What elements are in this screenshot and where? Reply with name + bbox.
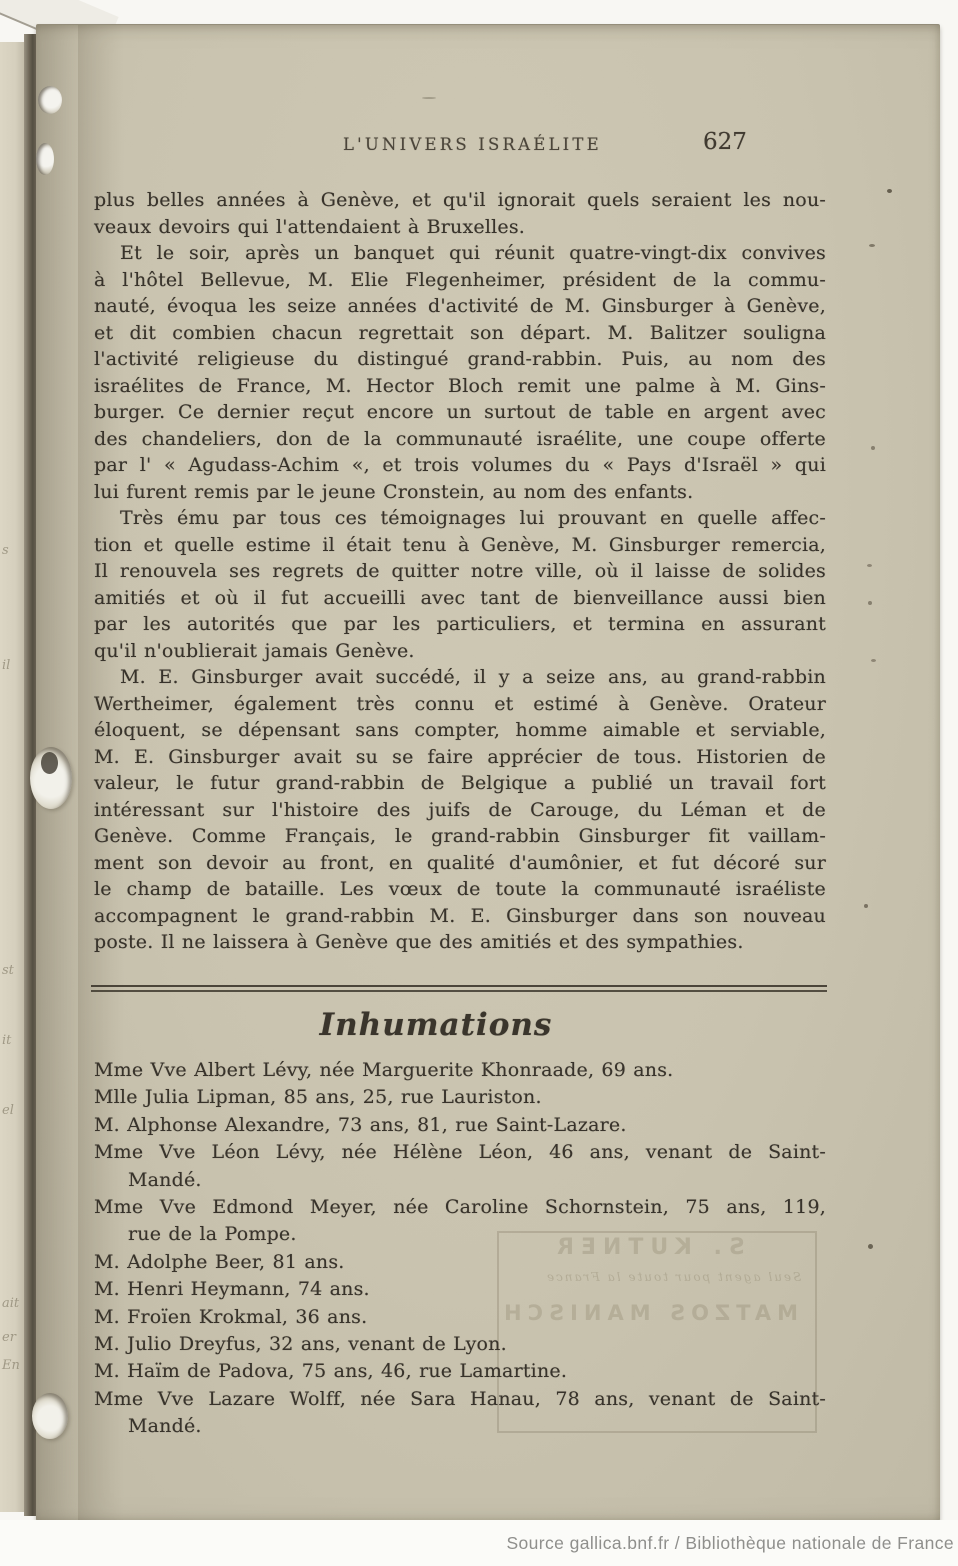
section-divider (91, 985, 827, 992)
edge-fragment: st (2, 963, 14, 978)
text-line: par les autorités que par les particulie… (94, 611, 826, 638)
inhumations-list: Mme Vve Albert Lévy, née Marguerite Khon… (94, 1057, 826, 1441)
list-item: M. Haïm de Padova, 75 ans, 46, rue Lamar… (94, 1358, 826, 1385)
edge-fragment: il (2, 658, 10, 673)
ink-speck (868, 601, 872, 605)
ink-speck (869, 244, 875, 247)
edge-fragment: it (2, 1033, 11, 1048)
text-line: Wertheimer, également très connu et esti… (94, 691, 826, 718)
list-item: Mme Vve Albert Lévy, née Marguerite Khon… (94, 1057, 826, 1084)
text-line: M. Haïm de Padova, 75 ans, 46, rue Lamar… (94, 1358, 826, 1385)
paragraph: Et le soir, après un banquet qui réunit … (94, 240, 826, 505)
text-line: valeur, le futur grand-rabbin de Belgiqu… (94, 770, 826, 797)
list-item: M. Julio Dreyfus, 32 ans, venant de Lyon… (94, 1331, 826, 1358)
edge-fragment: el (2, 1103, 14, 1118)
text-line: des chandeliers, don de la communauté is… (94, 426, 826, 453)
list-item: Mme Vve Edmond Meyer, née Caroline Schor… (94, 1194, 826, 1249)
ink-speck (868, 1244, 873, 1249)
text-line: plus belles années à Genève, et qu'il ig… (94, 187, 826, 214)
ink-speck (864, 904, 868, 908)
text-line: M. Froïen Krokmal, 36 ans. (94, 1304, 826, 1331)
list-item: Mlle Julia Lipman, 85 ans, 25, rue Lauri… (94, 1084, 826, 1111)
text-line: qu'il n'oublierait jamais Genève. (94, 638, 826, 665)
text-line: M. E. Ginsburger avait succédé, il y a s… (94, 664, 826, 691)
paper-tear (30, 747, 72, 809)
paper-tear (32, 1393, 68, 1439)
text-line: l'activité religieuse du distingué grand… (94, 346, 826, 373)
list-item: M. Froïen Krokmal, 36 ans. (94, 1304, 826, 1331)
text-line: lui furent remis par le jeune Cronstein,… (94, 479, 826, 506)
text-line: Mme Vve Lazare Wolff, née Sara Hanau, 78… (94, 1386, 826, 1413)
footer-credit: Source gallica.bnf.fr / Bibliothèque nat… (506, 1533, 954, 1554)
article-body: plus belles années à Genève, et qu'il ig… (94, 187, 826, 956)
text-line: nauté, évoqua les seize années d'activit… (94, 293, 826, 320)
scanned-page: S. KUTNER Seul agent pour toute la Franc… (36, 24, 940, 1521)
list-item: Mme Vve Léon Lévy, née Hélène Léon, 46 a… (94, 1139, 826, 1194)
text-line: M. E. Ginsburger avait su se faire appré… (94, 744, 826, 771)
text-line: Mlle Julia Lipman, 85 ans, 25, rue Lauri… (94, 1084, 826, 1111)
tear-shadow (41, 752, 58, 774)
text-line: israélites de France, M. Hector Bloch re… (94, 373, 826, 400)
ink-speck (871, 446, 875, 450)
page-number: 627 (703, 129, 747, 155)
paragraph: M. E. Ginsburger avait succédé, il y a s… (94, 664, 826, 956)
running-head: L'UNIVERS ISRAÉLITE 627 (94, 129, 826, 163)
list-item: Mme Vve Lazare Wolff, née Sara Hanau, 78… (94, 1386, 826, 1441)
text-line: M. Henri Heymann, 74 ans. (94, 1276, 826, 1303)
text-line: Très ému par tous ces témoignages lui pr… (94, 505, 826, 532)
text-line: rue de la Pompe. (94, 1221, 826, 1248)
edge-fragment: s (2, 543, 9, 558)
text-line: par l' « Agudass-Achim «, et trois volum… (94, 452, 826, 479)
text-line: Mandé. (94, 1413, 826, 1440)
text-line: amitiés et où il fut accueilli avec tant… (94, 585, 826, 612)
text-line: Mme Vve Edmond Meyer, née Caroline Schor… (94, 1194, 826, 1221)
text-line: Et le soir, après un banquet qui réunit … (94, 240, 826, 267)
journal-title: L'UNIVERS ISRAÉLITE (343, 135, 602, 154)
text-line: M. Alphonse Alexandre, 73 ans, 81, rue S… (94, 1112, 826, 1139)
gallica-footer: Source gallica.bnf.fr / Bibliothèque nat… (0, 1520, 958, 1566)
list-item: M. Adolphe Beer, 81 ans. (94, 1249, 826, 1276)
text-line: Il renouvela ses regrets de quitter notr… (94, 558, 826, 585)
text-line: ment son devoir au front, en qualité d'a… (94, 850, 826, 877)
text-line: tion et quelle estime il était tenu à Ge… (94, 532, 826, 559)
ink-speck (867, 564, 872, 567)
text-line: accompagnent le grand-rabbin M. E. Ginsb… (94, 903, 826, 930)
edge-fragment: En (2, 1358, 20, 1373)
facing-page-edge: silstitelaiterEn (0, 42, 26, 1512)
inhumations-title: Inhumations (70, 1007, 802, 1043)
text-line: et dit combien chacun regrettait son dép… (94, 320, 826, 347)
punch-hole (36, 143, 54, 175)
text-line: Mandé. (94, 1167, 826, 1194)
page-content: L'UNIVERS ISRAÉLITE 627 plus belles anné… (94, 25, 826, 1521)
text-line: M. Adolphe Beer, 81 ans. (94, 1249, 826, 1276)
text-line: à l'hôtel Bellevue, M. Elie Flegenheimer… (94, 267, 826, 294)
text-line: Mme Vve Albert Lévy, née Marguerite Khon… (94, 1057, 826, 1084)
edge-fragment: er (2, 1330, 16, 1345)
text-line: burger. Ce dernier reçut encore un surto… (94, 399, 826, 426)
punch-hole (38, 86, 62, 114)
text-line: M. Julio Dreyfus, 32 ans, venant de Lyon… (94, 1331, 826, 1358)
text-line: intéressant sur l'histoire des juifs de … (94, 797, 826, 824)
text-line: éloquent, se dépensant sans compter, hom… (94, 717, 826, 744)
paragraph: plus belles années à Genève, et qu'il ig… (94, 187, 826, 240)
list-item: M. Henri Heymann, 74 ans. (94, 1276, 826, 1303)
text-line: Mme Vve Léon Lévy, née Hélène Léon, 46 a… (94, 1139, 826, 1166)
ink-speck (871, 659, 876, 662)
text-line: le champ de bataille. Les vœux de toute … (94, 876, 826, 903)
list-item: M. Alphonse Alexandre, 73 ans, 81, rue S… (94, 1112, 826, 1139)
text-line: veaux devoirs qui l'attendaient à Bruxel… (94, 214, 826, 241)
paragraph: Très ému par tous ces témoignages lui pr… (94, 505, 826, 664)
ink-speck (887, 189, 892, 193)
text-line: poste. Il ne laissera à Genève que des a… (94, 929, 826, 956)
text-line: Genève. Comme Français, le grand-rabbin … (94, 823, 826, 850)
edge-fragment: ait (2, 1296, 19, 1311)
